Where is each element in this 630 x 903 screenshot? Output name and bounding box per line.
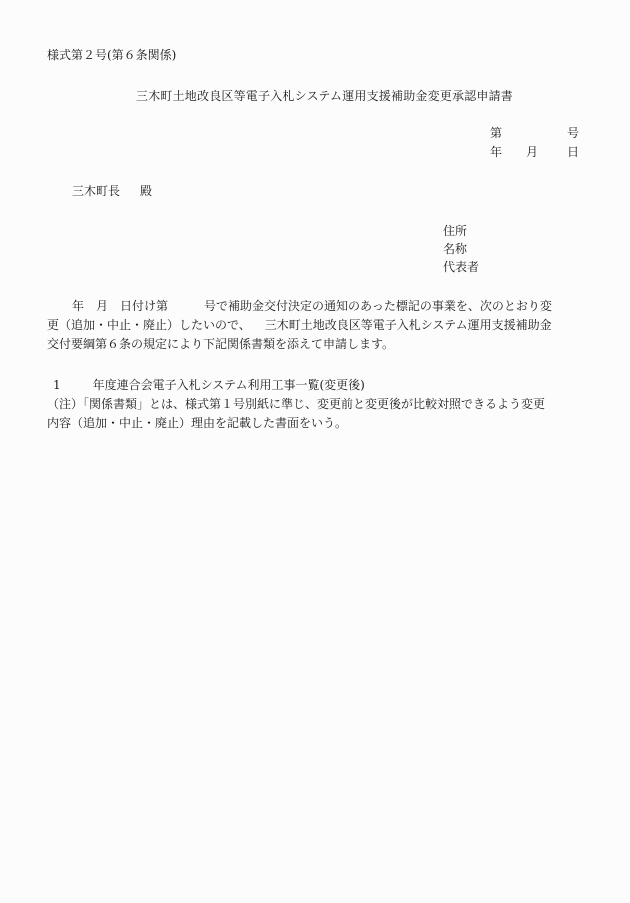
addressee-honorific: 殿 bbox=[140, 184, 152, 198]
attachment-text: 年度連合会電子入札システム利用工事一覧(変更後) bbox=[93, 378, 365, 392]
reference-number-row: 第 号 bbox=[490, 124, 579, 143]
body-line-2: 更（追加・中止・廃止）したいので、三木町土地改良区等電子入札システム運用支援補助… bbox=[47, 316, 587, 335]
applicant-representative-label: 代表者 bbox=[443, 258, 479, 276]
body-line-3: 交付要綱第６条の規定により下記関係書類を添えて申請します。 bbox=[47, 335, 587, 354]
note-line-1: （注）「関係書類」とは、様式第１号別紙に準じ、変更前と変更後が比較対照できるよう… bbox=[47, 395, 587, 414]
body-paragraph: 年月日付け第号で補助金交付決定の通知のあった標記の事業を、次のとおり変 更（追加… bbox=[47, 297, 587, 354]
reference-number-suffix: 号 bbox=[567, 126, 579, 141]
number-date-block: 第 号 年 月 日 bbox=[490, 124, 579, 162]
reference-number-prefix: 第 bbox=[490, 126, 567, 141]
attachments-section: 1年度連合会電子入札システム利用工事一覧(変更後) （注）「関係書類」とは、様式… bbox=[47, 376, 587, 433]
body-dated-prefix: 日付け第 bbox=[120, 299, 168, 313]
date-year: 年 bbox=[490, 145, 526, 160]
body-line-1-rest: 号で補助金交付決定の通知のあった標記の事業を、次のとおり変 bbox=[204, 299, 552, 313]
body-line-1: 年月日付け第号で補助金交付決定の通知のあった標記の事業を、次のとおり変 bbox=[47, 297, 587, 316]
document-title: 三木町土地改良区等電子入札システム運用支援補助金変更承認申請書 bbox=[136, 89, 513, 104]
note-line-2: 内容（追加・中止・廃止）理由を記載した書面をいう。 bbox=[47, 414, 587, 433]
date-day: 日 bbox=[567, 145, 579, 160]
applicant-name-label: 名称 bbox=[443, 240, 479, 258]
attachment-number: 1 bbox=[53, 378, 61, 392]
date-month: 月 bbox=[526, 145, 567, 160]
applicant-block: 住所 名称 代表者 bbox=[443, 222, 479, 276]
date-row: 年 月 日 bbox=[490, 143, 579, 162]
body-line-2-part2: 三木町土地改良区等電子入札システム運用支援補助金 bbox=[265, 318, 552, 332]
attachment-item: 1年度連合会電子入札システム利用工事一覧(変更後) bbox=[47, 376, 587, 395]
form-number: 様式第２号(第６条関係) bbox=[47, 48, 176, 63]
addressee-name: 三木町長 bbox=[72, 184, 120, 198]
addressee: 三木町長殿 bbox=[72, 184, 152, 199]
body-year: 年 bbox=[72, 299, 84, 313]
applicant-address-label: 住所 bbox=[443, 222, 479, 240]
body-line-2-part1: 更（追加・中止・廃止）したいので、 bbox=[47, 318, 251, 332]
body-month: 月 bbox=[96, 299, 108, 313]
